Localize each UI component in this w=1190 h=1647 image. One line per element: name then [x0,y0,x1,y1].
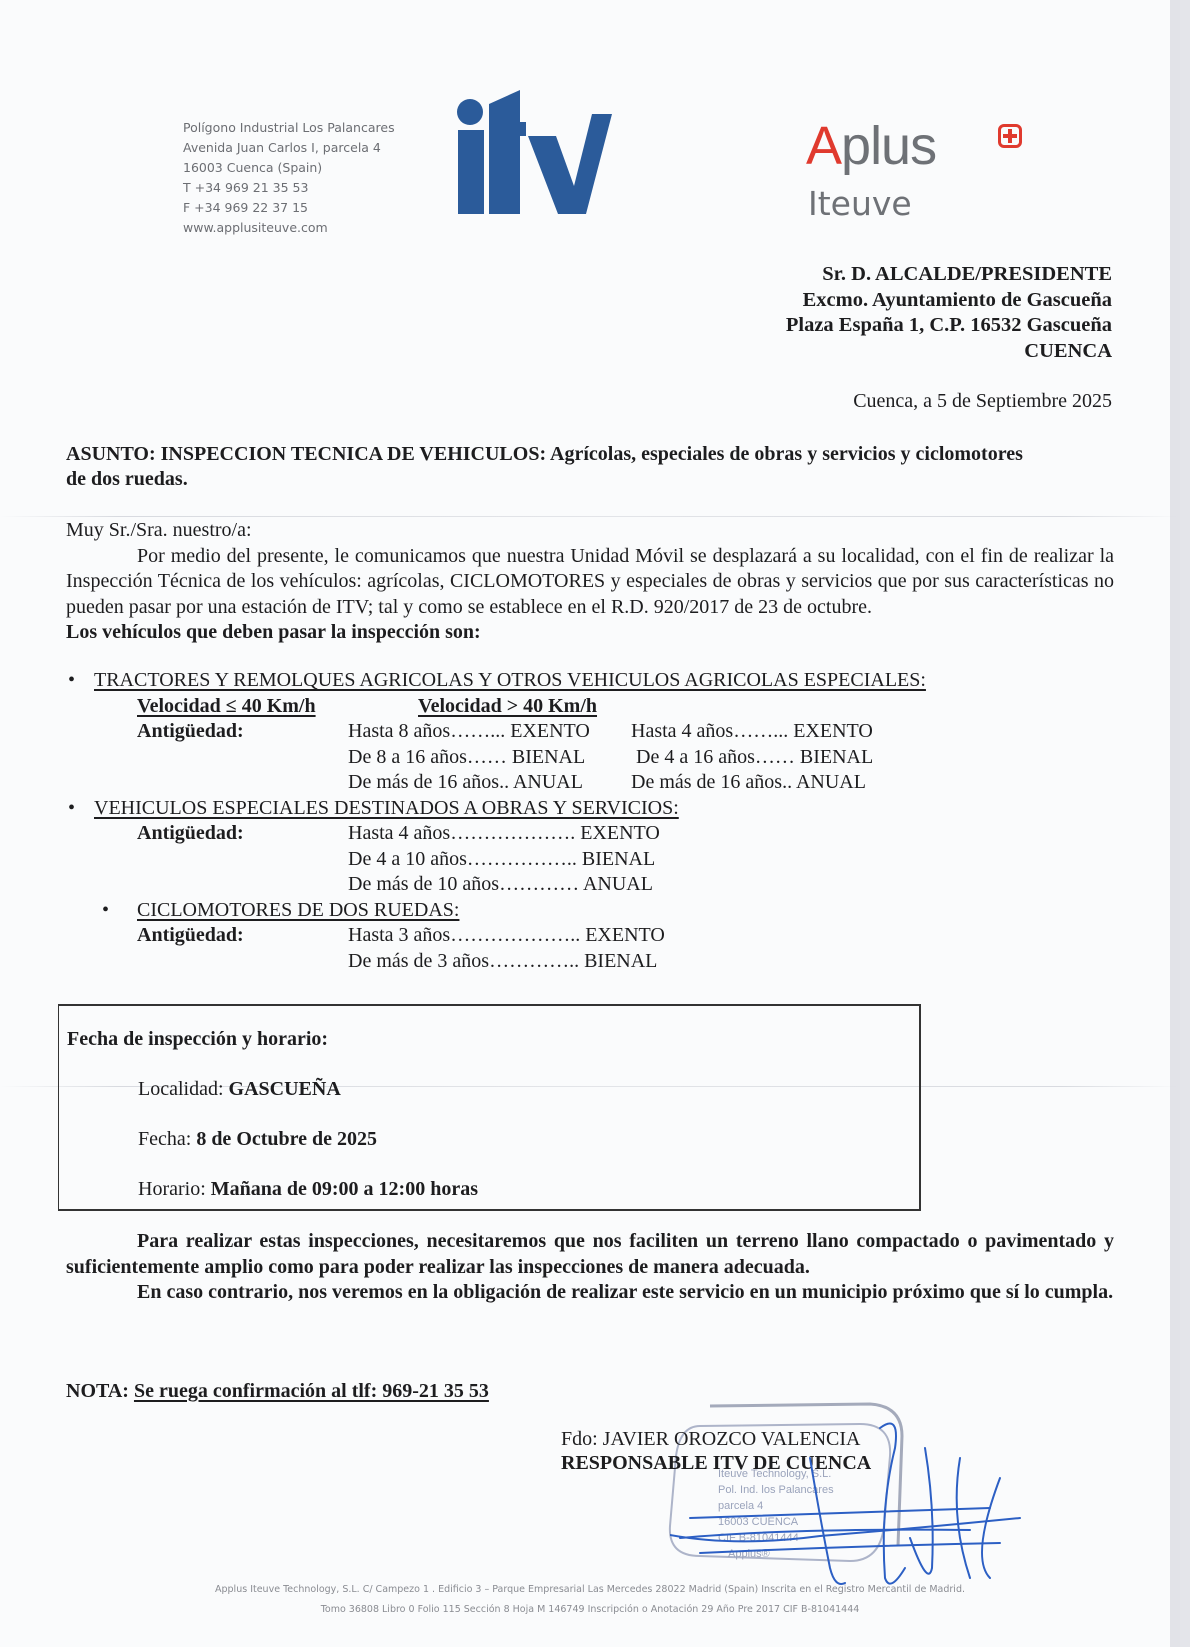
speed-header: Velocidad > 40 Km/h [418,694,597,720]
age-label: Antigüedad: [137,719,244,745]
fold-line [0,516,1180,517]
age-rule: De más de 10 años………… ANUAL [348,872,653,898]
age-rule: De más de 16 años.. ANUAL [631,770,866,796]
handwritten-signature-icon [670,1418,1030,1588]
locality-value: GASCUEÑA [229,1078,341,1100]
locality-label: Localidad: [138,1078,229,1100]
closing-paragraph: Para realizar estas inspecciones, necesi… [66,1229,1114,1280]
time-value: Mañana de 09:00 a 12:00 horas [211,1178,478,1200]
category-mopeds: • CICLOMOTORES DE DOS RUEDAS: [66,898,1066,924]
age-row: Antigüedad: Hasta 4 años………………. EXENTO [66,821,1066,847]
note-text: Se ruega confirmación al tlf: 969-21 35 … [134,1380,489,1402]
website-line: www.applusiteuve.com [183,218,395,238]
bullet-icon: • [102,898,109,924]
phone-line: T +34 969 21 35 53 [183,178,395,198]
address-line: 16003 Cuenca (Spain) [183,158,395,178]
greeting: Muy Sr./Sra. nuestro/a: [66,518,1114,544]
recipient-line: Sr. D. ALCALDE/PRESIDENTE [786,262,1112,288]
age-rule: Hasta 8 años……... EXENTO [348,719,590,745]
intro-paragraph: Por medio del presente, le comunicamos q… [66,544,1114,621]
age-row: Antigüedad: Hasta 8 años……... EXENTO Has… [66,719,1066,745]
subject: ASUNTO: INSPECCION TECNICA DE VEHICULOS:… [66,442,1026,492]
speed-header: Velocidad ≤ 40 Km/h [137,694,316,720]
footer-line: Tomo 36808 Libro 0 Folio 115 Sección 8 H… [0,1604,1180,1615]
plus-badge-icon [998,124,1022,148]
fax-line: F +34 969 22 37 15 [183,198,395,218]
time-line: Horario: Mañana de 09:00 a 12:00 horas [138,1178,478,1201]
vehicles-heading: Los vehículos que deben pasar la inspecc… [66,620,1114,646]
brand-name: Aplus [806,118,936,174]
time-label: Horario: [138,1178,211,1200]
letter-body: Muy Sr./Sra. nuestro/a: Por medio del pr… [66,518,1114,646]
address-line: Avenida Juan Carlos I, parcela 4 [183,138,395,158]
page-edge [1170,0,1180,1647]
schedule-title: Fecha de inspección y horario: [67,1028,328,1051]
category-special-works: • VEHICULOS ESPECIALES DESTINADOS A OBRA… [66,796,1066,822]
footer-line: Applus Iteuve Technology, S.L. C/ Campez… [0,1584,1180,1595]
note: NOTA: Se ruega confirmación al tlf: 969-… [66,1380,489,1403]
closing-paragraph: En caso contrario, nos veremos en la obl… [66,1280,1114,1306]
age-rule: Hasta 4 años………………. EXENTO [348,821,660,847]
applus-iteuve-logo: Aplus Iteuve [806,118,1036,228]
vehicle-categories: • TRACTORES Y REMOLQUES AGRICOLAS Y OTRO… [66,668,1066,974]
age-rule: Hasta 3 años……………….. EXENTO [348,923,665,949]
date-label: Fecha: [138,1128,196,1150]
recipient-line: Excmo. Ayuntamiento de Gascueña [786,288,1112,314]
date-line: Fecha: 8 de Octubre de 2025 [138,1128,377,1151]
bullet-icon: • [68,796,75,822]
category-title: TRACTORES Y REMOLQUES AGRICOLAS Y OTROS … [94,669,926,691]
age-rule: De más de 16 años.. ANUAL [348,770,583,796]
age-row: De más de 3 años………….. BIENAL [66,949,1066,975]
age-label: Antigüedad: [137,923,244,949]
address-line: Polígono Industrial Los Palancares [183,118,395,138]
inspection-schedule-box: Fecha de inspección y horario: Localidad… [58,1004,921,1211]
letter-page: Polígono Industrial Los Palancares Aveni… [0,0,1180,1647]
category-title: CICLOMOTORES DE DOS RUEDAS: [137,899,459,921]
category-title: VEHICULOS ESPECIALES DESTINADOS A OBRAS … [94,797,679,819]
category-agricultural: • TRACTORES Y REMOLQUES AGRICOLAS Y OTRO… [66,668,1066,694]
locality-line: Localidad: GASCUEÑA [138,1078,341,1101]
age-rule: De 4 a 16 años…… BIENAL [636,745,873,771]
letter-date: Cuenca, a 5 de Septiembre 2025 [853,390,1112,413]
bullet-icon: • [68,668,75,694]
brand-sub: Iteuve [808,184,912,223]
date-value: 8 de Octubre de 2025 [196,1128,377,1150]
closing-paragraphs: Para realizar estas inspecciones, necesi… [66,1229,1114,1306]
recipient-block: Sr. D. ALCALDE/PRESIDENTE Excmo. Ayuntam… [786,262,1112,364]
itv-logo-icon [456,86,616,216]
sender-address: Polígono Industrial Los Palancares Aveni… [183,118,395,238]
age-row: De 8 a 16 años…… BIENAL De 4 a 16 años……… [66,745,1066,771]
age-rule: Hasta 4 años……... EXENTO [631,719,873,745]
subject-label: ASUNTO: INSPECCION TECNICA DE VEHICULOS: [66,443,546,465]
age-label: Antigüedad: [137,821,244,847]
age-row: De más de 16 años.. ANUAL De más de 16 a… [66,770,1066,796]
recipient-line: CUENCA [786,339,1112,365]
age-rule: De 8 a 16 años…… BIENAL [348,745,585,771]
recipient-line: Plaza España 1, C.P. 16532 Gascueña [786,313,1112,339]
age-rule: De más de 3 años………….. BIENAL [348,949,657,975]
speed-header-row: Velocidad ≤ 40 Km/h Velocidad > 40 Km/h [66,694,1066,720]
age-row: De 4 a 10 años…………….. BIENAL [66,847,1066,873]
note-label: NOTA: [66,1380,134,1402]
age-rule: De 4 a 10 años…………….. BIENAL [348,847,655,873]
age-row: De más de 10 años………… ANUAL [66,872,1066,898]
age-row: Antigüedad: Hasta 3 años……………….. EXENTO [66,923,1066,949]
